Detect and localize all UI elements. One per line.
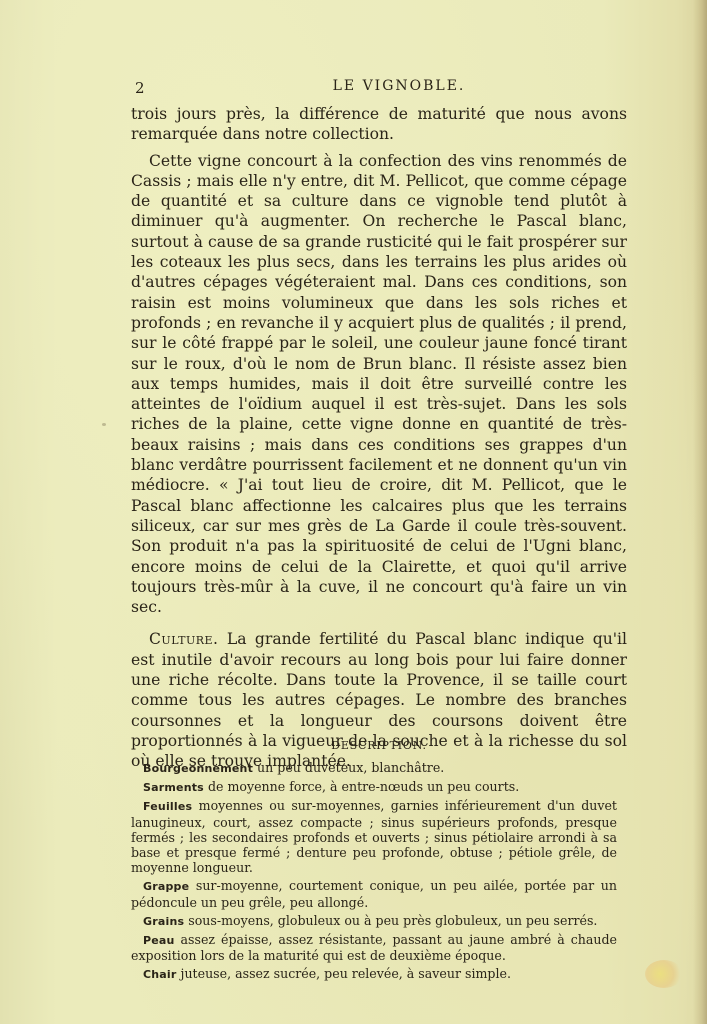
section-lead-culture: Culture. [149, 630, 219, 648]
running-title: LE VIGNOBLE. [133, 78, 625, 94]
description-term: Grappe [143, 880, 189, 893]
description-entry-peau: Peau assez épaisse, assez résistante, pa… [131, 932, 617, 963]
description-entry-feuilles: Feuilles moyennes ou sur-moyennes, garni… [131, 798, 617, 875]
paragraph-cassis: Cette vigne concourt à la confection des… [131, 151, 627, 618]
description-entry-sarments: Sarments de moyenne force, à entre-nœuds… [131, 779, 617, 795]
description-entry-grappe: Grappe sur-moyenne, courtement conique, … [131, 878, 617, 909]
description-text: sous-moyens, globuleux ou à peu près glo… [184, 913, 597, 928]
description-text: assez épaisse, assez résistante, passant… [131, 932, 617, 963]
description-term: Chair [143, 968, 177, 981]
paper-stain [645, 960, 683, 988]
running-head: 2 LE VIGNOBLE. [133, 77, 625, 99]
body-text: trois jours près, la différence de matur… [131, 104, 627, 772]
description-entry-grains: Grains sous-moyens, globuleux ou à peu p… [131, 913, 617, 929]
description-term: Peau [143, 934, 175, 947]
page-edge-shadow [693, 0, 707, 1024]
description-text: de moyenne force, à entre-nœuds un peu c… [204, 779, 519, 794]
description-term: Grains [143, 915, 184, 928]
description-text: moyennes ou sur-moyennes, garnies inféri… [131, 798, 617, 875]
description-heading: DESCRIPTION. [131, 739, 627, 752]
description-text: sur-moyenne, courtement conique, un peu … [131, 878, 617, 909]
description-entry-chair: Chair juteuse, assez sucrée, peu relevée… [131, 966, 617, 982]
description-term: Sarments [143, 781, 204, 794]
paragraph-continuation: trois jours près, la différence de matur… [131, 104, 627, 145]
description-text: un peu duveteux, blanchâtre. [253, 760, 444, 775]
description-term: Feuilles [143, 800, 192, 813]
paper-speck [102, 423, 106, 426]
description-entry-bourgeonnement: Bourgeonnement un peu duveteux, blanchât… [131, 760, 617, 776]
book-page: 2 LE VIGNOBLE. trois jours près, la diff… [0, 0, 707, 1024]
description-list: Bourgeonnement un peu duveteux, blanchât… [131, 760, 617, 986]
description-term: Bourgeonnement [143, 762, 253, 775]
description-text: juteuse, assez sucrée, peu relevée, à sa… [177, 966, 511, 981]
